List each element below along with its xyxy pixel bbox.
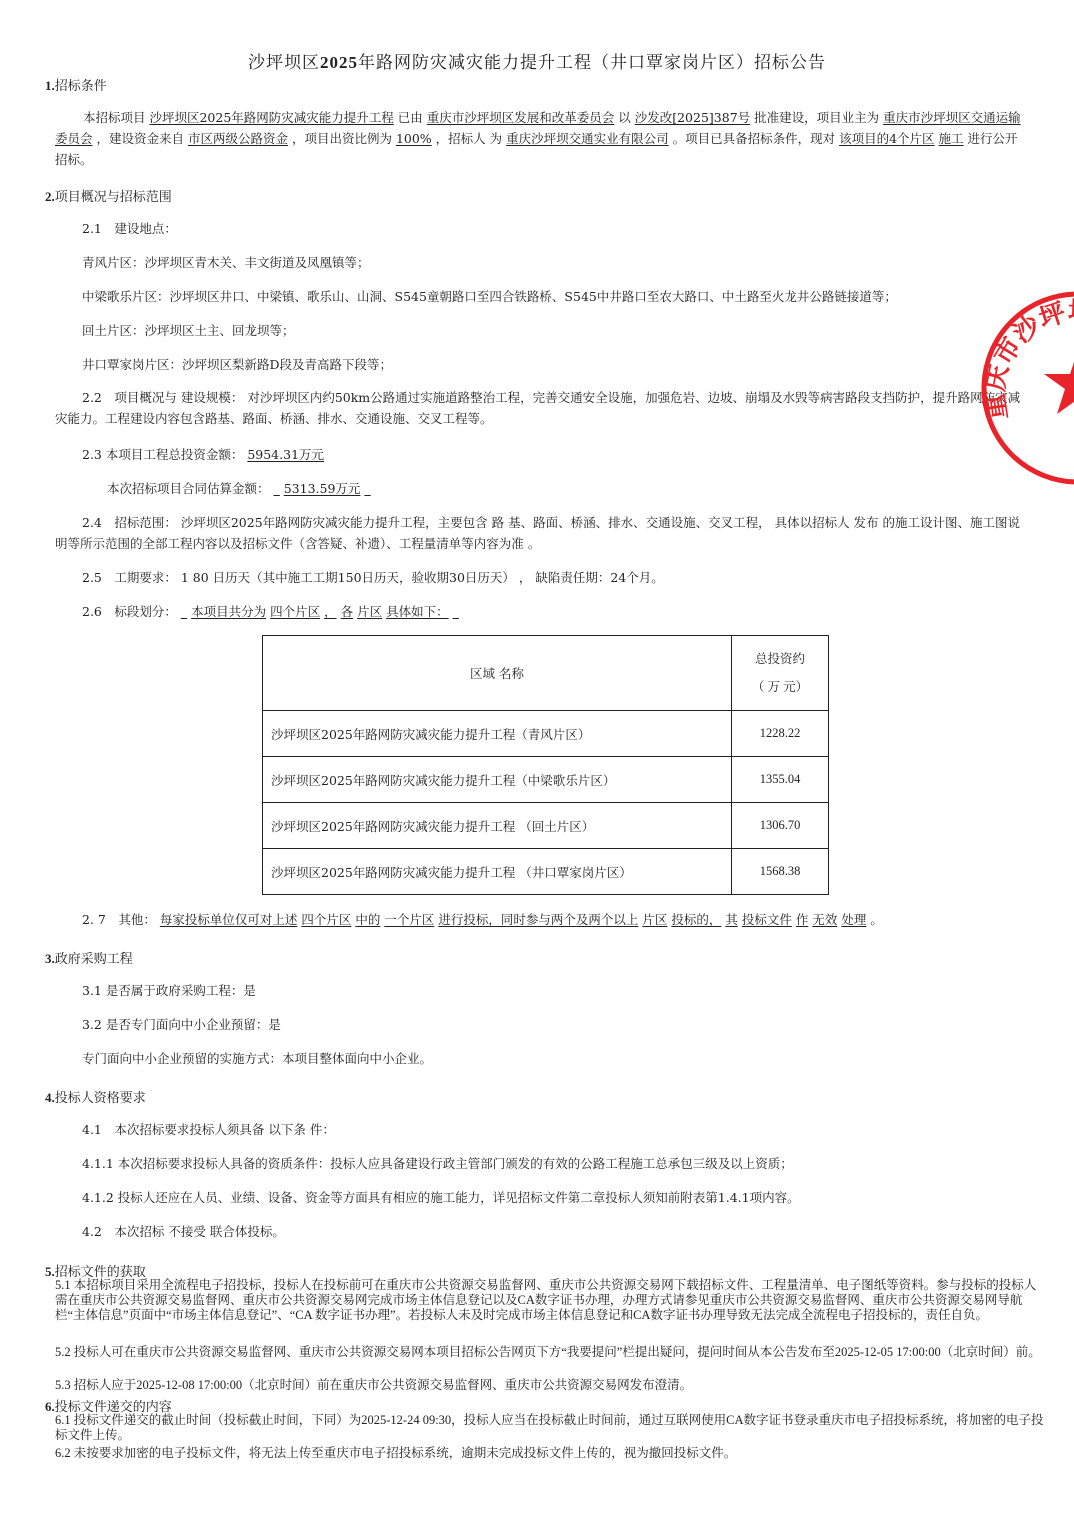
contract-estimate: 本次招标项目合同估算金额： _ 5313.59万元 _	[107, 478, 371, 499]
clause-4-1: 4.1 本次招标要求投标人须具备 以下条 件：	[82, 1119, 335, 1140]
document-title: 沙坪坝区2025年路网防灾减灾能力提升工程（井口覃家岗片区）招标公告	[0, 48, 1074, 73]
section-1-paragraph: 本招标项目 沙坪坝区2025年路网防灾减灾能力提升工程 已由 重庆市沙坪坝区发展…	[55, 107, 1025, 170]
title-prefix: 沙坪坝区	[248, 53, 320, 73]
section-2-heading: 2.项目概况与招标范围	[45, 186, 172, 205]
clause-2-4: 2.4 招标范围： 沙坪坝区2025年路网防灾减灾能力提升工程，主要包含 路 基…	[55, 512, 1030, 554]
clause-6-1: 6.1 投标文件递交的截止时间（投标截止时间，下同）为2025-12-24 09…	[55, 1413, 1045, 1443]
location-huitu: 回土片区：沙坪坝区土主、回龙坝等；	[82, 320, 295, 341]
section-1-heading: 1.招标条件	[45, 75, 107, 94]
location-jingkou-tanjiagang: 井口覃家岗片区：沙坪坝区梨新路D段及青高路下段等；	[82, 354, 392, 375]
section-table: 区域 名称 总投资约（ 万 元） 沙坪坝区2025年路网防灾减灾能力提升工程（青…	[262, 635, 829, 895]
location-zhongliang-gele: 中梁歌乐片区：沙坪坝区井口、中梁镇、歌乐山、山洞、S545童朝路口至四合铁路桥、…	[82, 286, 897, 307]
row-value: 1355.04	[732, 757, 829, 803]
location-qingfeng: 青风片区：沙坪坝区青木关、丰文街道及凤凰镇等；	[82, 252, 370, 273]
row-value: 1306.70	[732, 803, 829, 849]
clause-6-2: 6.2 未按要求加密的电子投标文件，将无法上传至重庆市电子招投标系统，逾期未完成…	[55, 1446, 1045, 1461]
total-investment: 5954.31万元	[247, 447, 324, 462]
clause-4-1-2: 4.1.2 投标人还应在人员、业绩、设备、资金等方面具有相应的施工能力，详见招标…	[82, 1187, 800, 1208]
clause-4-1-1: 4.1.1 本次招标要求投标人具备的资质条件：投标人应具备建设行政主管部门颁发的…	[82, 1153, 793, 1174]
clause-2-6: 2.6 标段划分： _ 本项目共分为 四个片区 ， 各 片区 具体如下： _	[82, 601, 459, 622]
clause-2-7: 2. 7 其他： 每家投标单位仅可对上述 四个片区 中的 一个片区 进行投标，同…	[82, 909, 883, 930]
table-row: 沙坪坝区2025年路网防灾减灾能力提升工程（青风片区） 1228.22	[263, 711, 829, 757]
official-seal-icon: 重庆市沙坪坝区	[978, 288, 1074, 488]
header-total-investment: 总投资约（ 万 元）	[732, 636, 829, 711]
clause-3-1: 3.1 是否属于政府采购工程：是	[82, 980, 256, 1001]
row-name: 沙坪坝区2025年路网防灾减灾能力提升工程 （井口覃家岗片区）	[263, 849, 732, 895]
svg-text:重庆市沙坪坝区: 重庆市沙坪坝区	[979, 297, 1074, 422]
contract-estimate-value: 5313.59万元	[284, 481, 361, 496]
row-value: 1568.38	[732, 849, 829, 895]
clause-5-2: 5.2 投标人可在重庆市公共资源交易监督网、重庆市公共资源交易网本项目招标公告网…	[55, 1345, 1045, 1360]
clause-2-1: 2.1 建设地点：	[82, 218, 177, 239]
table-row: 沙坪坝区2025年路网防灾减灾能力提升工程（中梁歌乐片区） 1355.04	[263, 757, 829, 803]
clause-5-3: 5.3 招标人应于2025-12-08 17:00:00（北京时间）前在重庆市公…	[55, 1378, 1045, 1393]
table-row: 沙坪坝区2025年路网防灾减灾能力提升工程 （回土片区） 1306.70	[263, 803, 829, 849]
clause-3-2: 3.2 是否专门面向中小企业预留：是	[82, 1014, 281, 1035]
clause-4-2: 4.2 本次招标 不接受 联合体投标。	[82, 1221, 285, 1242]
clause-5-1: 5.1 本招标项目采用全流程电子招投标，投标人在投标前可在重庆市公共资源交易监督…	[55, 1278, 1045, 1323]
table-header-row: 区域 名称 总投资约（ 万 元）	[263, 636, 829, 711]
row-name: 沙坪坝区2025年路网防灾减灾能力提升工程 （回土片区）	[263, 803, 732, 849]
row-value: 1228.22	[732, 711, 829, 757]
row-name: 沙坪坝区2025年路网防灾减灾能力提升工程（中梁歌乐片区）	[263, 757, 732, 803]
clause-2-2: 2.2 项目概况与 建设规模： 对沙坪坝区内约50km公路通过实施道路整治工程，…	[55, 387, 1030, 429]
sme-implementation: 专门面向中小企业预留的实施方式：本项目整体面向中小企业。	[82, 1048, 432, 1069]
section-4-heading: 4.投标人资格要求	[45, 1087, 146, 1106]
header-region-name: 区域 名称	[263, 636, 732, 711]
clause-2-5: 2.5 工期要求： 1 80 日历天（其中施工工期150日历天，验收期30日历天…	[82, 567, 664, 588]
title-year: 2025	[320, 53, 358, 72]
title-suffix: 年路网防灾减灾能力提升工程（井口覃家岗片区）招标公告	[358, 53, 826, 73]
row-name: 沙坪坝区2025年路网防灾减灾能力提升工程（青风片区）	[263, 711, 732, 757]
section-3-heading: 3.政府采购工程	[45, 948, 133, 967]
clause-2-3: 2.3 本项目工程总投资金额： 5954.31万元	[82, 444, 324, 465]
table-row: 沙坪坝区2025年路网防灾减灾能力提升工程 （井口覃家岗片区） 1568.38	[263, 849, 829, 895]
